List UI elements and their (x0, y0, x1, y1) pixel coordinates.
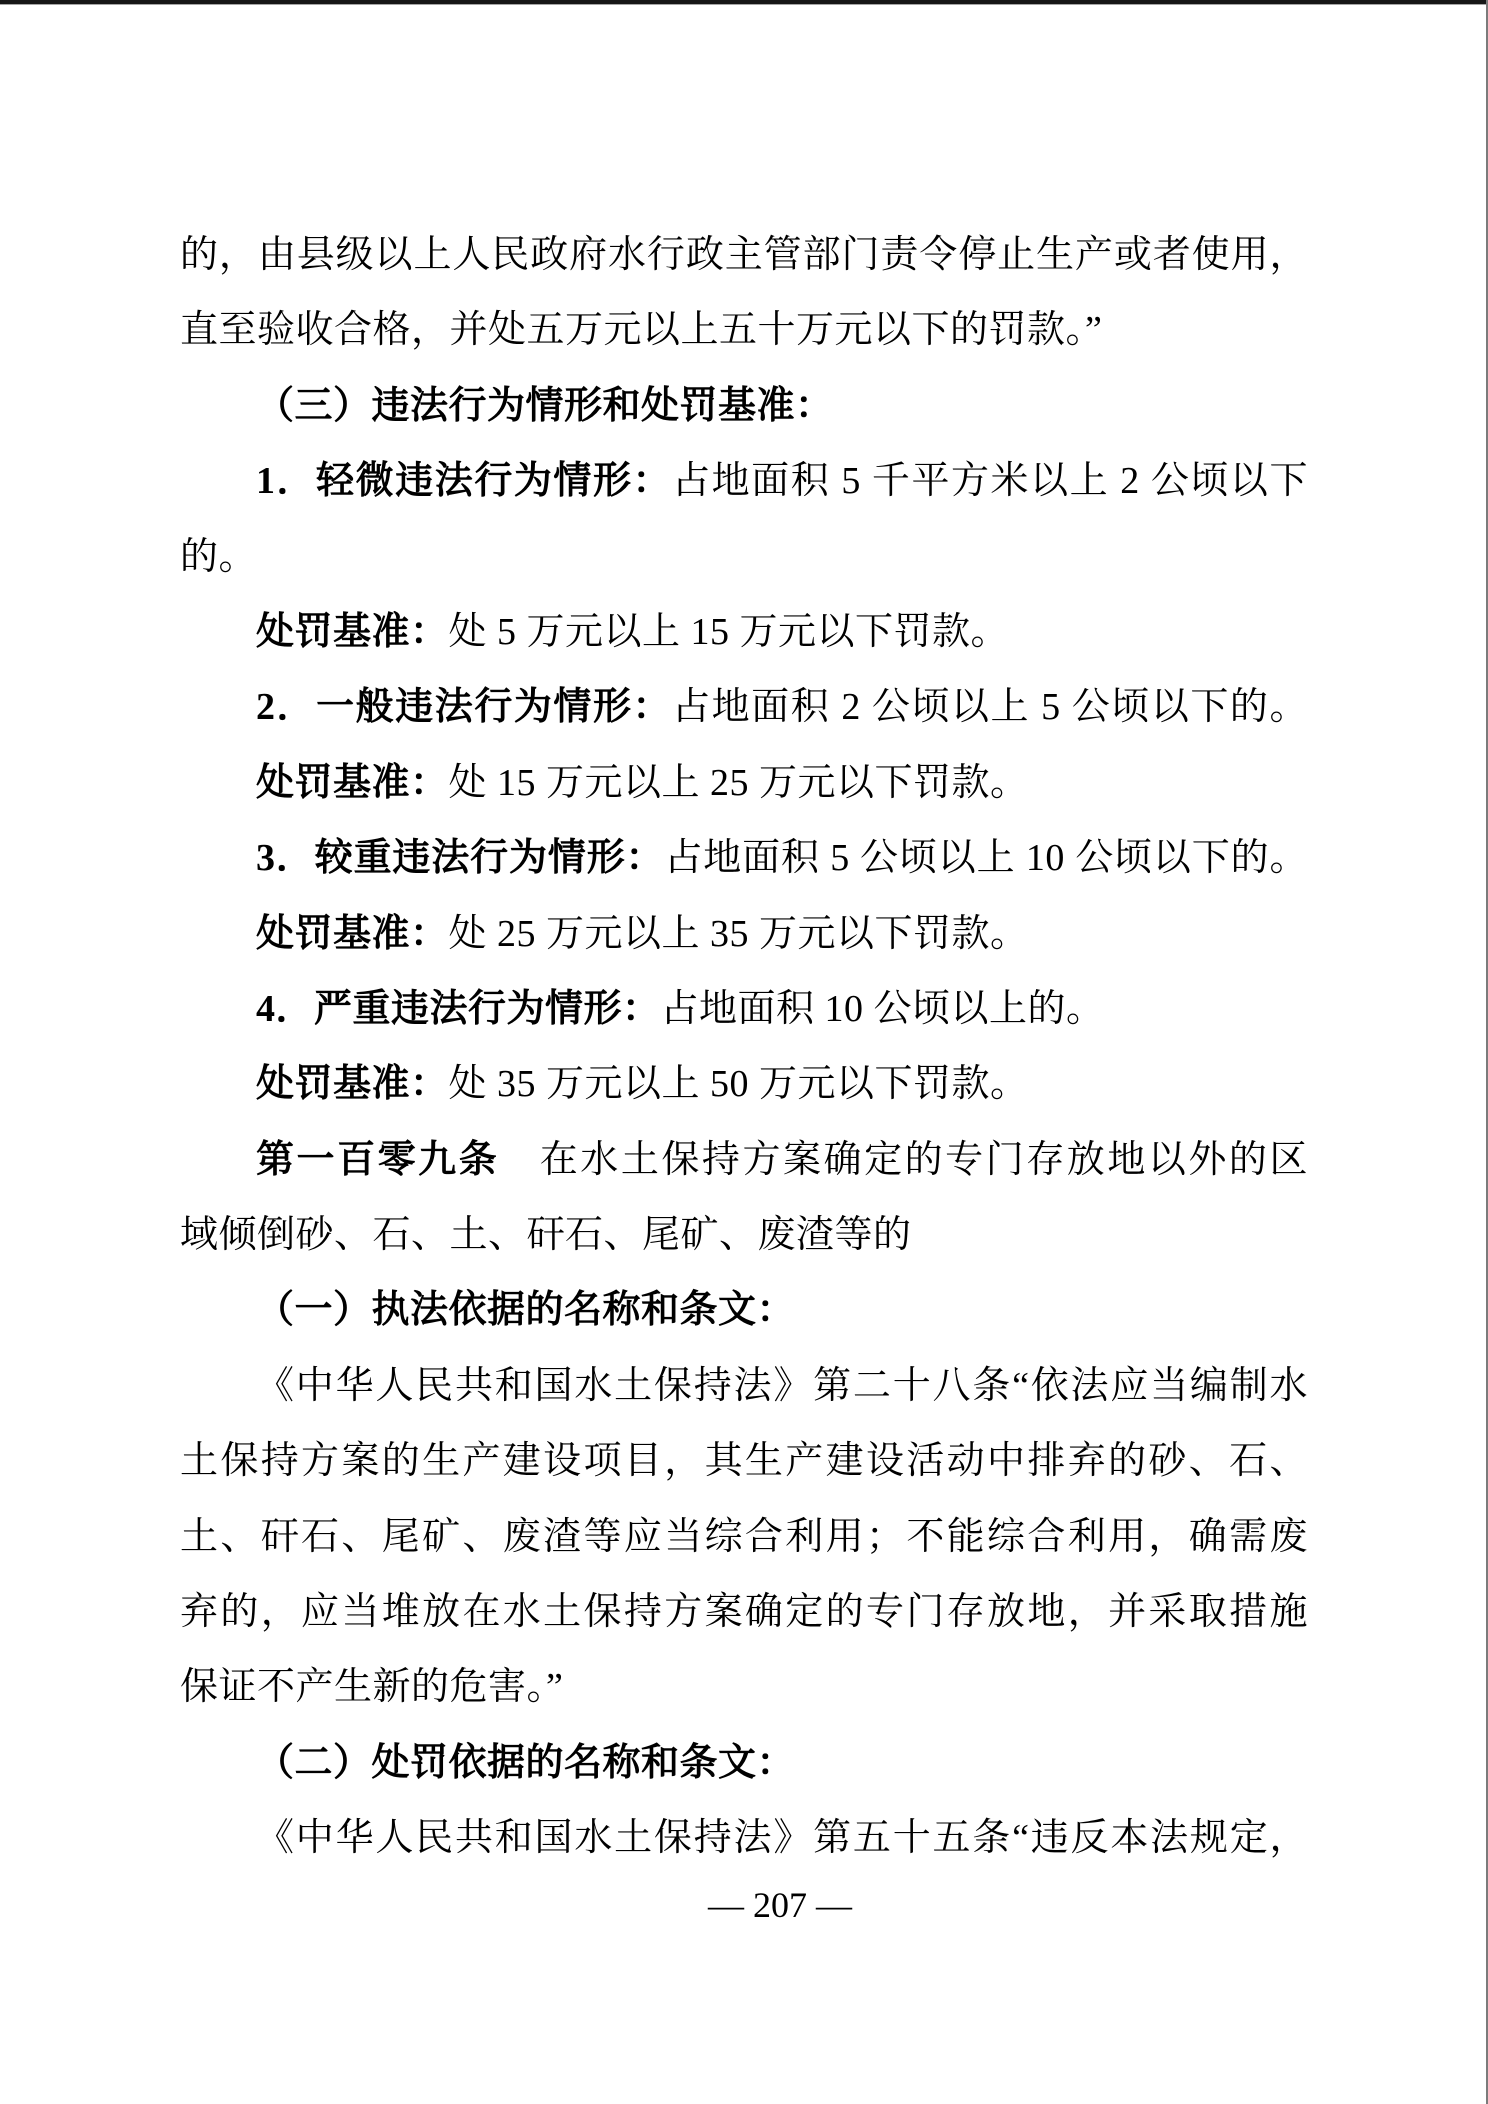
text-segment: 土保持方案的生产建设项目，其生产建设活动中排弃的砂、石、 (180, 1440, 1308, 1482)
text-segment: 的。 (180, 536, 257, 578)
text-line: 3．较重违法行为情形：占地面积 5 公顷以上 10 公顷以下的。 (180, 821, 1308, 896)
text-line: 土、矸石、尾矿、废渣等应当综合利用；不能综合利用，确需废 (180, 1500, 1308, 1575)
penalty-basis-label: 处罚基准： (256, 611, 449, 653)
text-segment: 在水土保持方案确定的专门存放地以外的区 (499, 1139, 1308, 1181)
item-2-label: 2．一般违法行为情形： (256, 686, 672, 728)
heading-segment: （一）执法依据的名称和条文： (256, 1289, 795, 1331)
text-segment: 处 5 万元以上 15 万元以下罚款。 (449, 611, 1010, 653)
text-line: 处罚基准：处 15 万元以上 25 万元以下罚款。 (180, 746, 1308, 821)
text-segment: 保证不产生新的危害。” (180, 1666, 563, 1708)
text-line: 的，由县级以上人民政府水行政主管部门责令停止生产或者使用， (180, 218, 1308, 293)
text-segment: 直至验收合格，并处五万元以上五十万元以下的罚款。” (180, 309, 1102, 351)
text-line: 1．轻微违法行为情形：占地面积 5 千平方米以上 2 公顷以下 (180, 444, 1308, 519)
text-segment: 处 25 万元以上 35 万元以下罚款。 (449, 913, 1029, 955)
text-line: 直至验收合格，并处五万元以上五十万元以下的罚款。” (180, 293, 1308, 368)
section-heading-2: （二）处罚依据的名称和条文： (180, 1726, 1308, 1801)
text-segment: 的，由县级以上人民政府水行政主管部门责令停止生产或者使用， (180, 234, 1308, 276)
text-segment: 土、矸石、尾矿、废渣等应当综合利用；不能综合利用，确需废 (180, 1516, 1308, 1558)
item-4-label: 4．严重违法行为情形： (256, 988, 661, 1030)
text-line: 弃的，应当堆放在水土保持方案确定的专门存放地，并采取措施 (180, 1575, 1308, 1650)
item-3-label: 3．较重违法行为情形： (256, 837, 664, 879)
text-line: 2．一般违法行为情形：占地面积 2 公顷以上 5 公顷以下的。 (180, 670, 1308, 745)
text-segment: 弃的，应当堆放在水土保持方案确定的专门存放地，并采取措施 (180, 1591, 1308, 1633)
text-segment: 处 15 万元以上 25 万元以下罚款。 (449, 762, 1029, 804)
page-number: — 207 — (0, 1879, 1488, 1931)
text-segment: 《中华人民共和国水土保持法》第二十八条“依法应当编制水 (256, 1365, 1308, 1407)
section-heading-1: （一）执法依据的名称和条文： (180, 1273, 1308, 1348)
item-1-label: 1．轻微违法行为情形： (256, 460, 672, 502)
penalty-basis-label: 处罚基准： (256, 913, 449, 955)
text-segment: 域倾倒砂、石、土、矸石、尾矿、废渣等的 (180, 1214, 912, 1256)
text-line: 处罚基准：处 25 万元以上 35 万元以下罚款。 (180, 897, 1308, 972)
text-segment: 占地面积 5 千平方米以上 2 公顷以下 (672, 460, 1308, 502)
text-segment: 占地面积 5 公顷以上 10 公顷以下的。 (664, 837, 1308, 879)
text-line: 处罚基准：处 5 万元以上 15 万元以下罚款。 (180, 595, 1308, 670)
article-109-number: 第一百零九条 (256, 1139, 499, 1181)
text-line: 处罚基准：处 35 万元以上 50 万元以下罚款。 (180, 1047, 1308, 1122)
text-segment: 占地面积 2 公顷以上 5 公顷以下的。 (672, 686, 1308, 728)
article-109-line: 第一百零九条 在水土保持方案确定的专门存放地以外的区 (180, 1123, 1308, 1198)
heading-segment: （三）违法行为情形和处罚基准： (256, 385, 834, 427)
text-line: 的。 (180, 520, 1308, 595)
page-content: 的，由县级以上人民政府水行政主管部门责令停止生产或者使用， 直至验收合格，并处五… (180, 218, 1308, 1877)
text-line: 保证不产生新的危害。” (180, 1650, 1308, 1725)
section-heading-3: （三）违法行为情形和处罚基准： (180, 369, 1308, 444)
penalty-basis-label: 处罚基准： (256, 762, 449, 804)
text-line: 4．严重违法行为情形：占地面积 10 公顷以上的。 (180, 972, 1308, 1047)
text-segment: 占地面积 10 公顷以上的。 (661, 988, 1105, 1030)
text-segment: 处 35 万元以上 50 万元以下罚款。 (449, 1063, 1029, 1105)
heading-segment: （二）处罚依据的名称和条文： (256, 1742, 795, 1784)
document-page: 的，由县级以上人民政府水行政主管部门责令停止生产或者使用， 直至验收合格，并处五… (0, 0, 1488, 2104)
text-line: 土保持方案的生产建设项目，其生产建设活动中排弃的砂、石、 (180, 1424, 1308, 1499)
text-line: 《中华人民共和国水土保持法》第二十八条“依法应当编制水 (180, 1349, 1308, 1424)
text-segment: 《中华人民共和国水土保持法》第五十五条“违反本法规定， (256, 1817, 1308, 1859)
text-line: 《中华人民共和国水土保持法》第五十五条“违反本法规定， (180, 1801, 1308, 1876)
penalty-basis-label: 处罚基准： (256, 1063, 449, 1105)
text-line: 域倾倒砂、石、土、矸石、尾矿、废渣等的 (180, 1198, 1308, 1273)
scan-edge-top (0, 0, 1488, 5)
